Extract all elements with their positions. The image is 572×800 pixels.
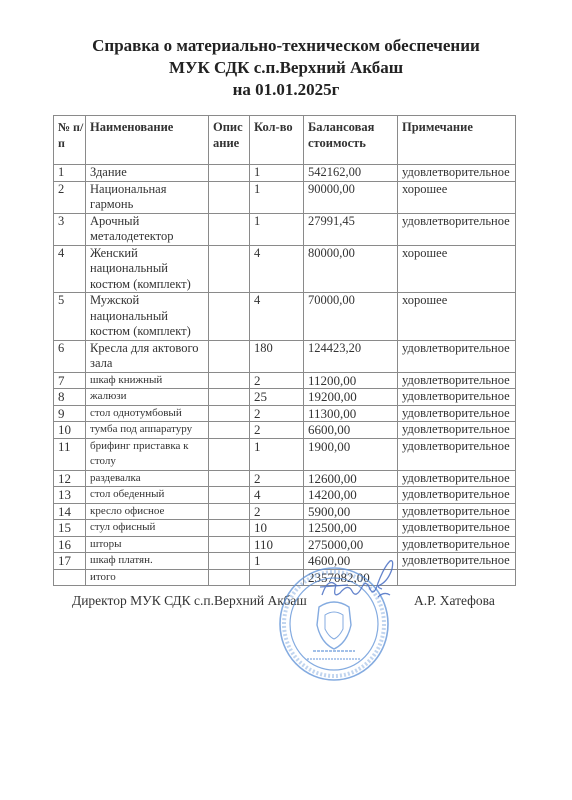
table-header-row: № п/п Наименование Описание Кол-во Балан… <box>54 116 516 165</box>
cell-note: удовлетворительное <box>398 536 516 553</box>
cell-desc <box>209 487 250 504</box>
cell-qty: 180 <box>250 340 304 372</box>
cell-desc <box>209 165 250 182</box>
header-desc: Описание <box>209 116 250 165</box>
cell-num: 12 <box>54 470 86 487</box>
cell-num: 9 <box>54 405 86 422</box>
cell-cost: 90000,00 <box>304 181 398 213</box>
cell-note: удовлетворительное <box>398 553 516 570</box>
total-num <box>54 569 86 586</box>
signature <box>318 555 398 615</box>
cell-note: удовлетворительное <box>398 470 516 487</box>
cell-qty: 2 <box>250 405 304 422</box>
header-name: Наименование <box>86 116 209 165</box>
cell-qty: 1 <box>250 181 304 213</box>
cell-qty: 25 <box>250 389 304 406</box>
cell-num: 17 <box>54 553 86 570</box>
cell-cost: 27991,45 <box>304 213 398 245</box>
cell-num: 4 <box>54 245 86 293</box>
cell-desc <box>209 405 250 422</box>
header-note: Примечание <box>398 116 516 165</box>
cell-note: хорошее <box>398 245 516 293</box>
cell-name: раздевалка <box>86 470 209 487</box>
cell-qty: 1 <box>250 165 304 182</box>
table-row: 10тумба под аппаратуру26600,00удовлетвор… <box>54 422 516 439</box>
cell-num: 10 <box>54 422 86 439</box>
cell-desc <box>209 503 250 520</box>
table-row: 9стол однотумбовый211300,00удовлетворите… <box>54 405 516 422</box>
cell-cost: 124423,20 <box>304 340 398 372</box>
cell-cost: 1900,00 <box>304 438 398 470</box>
cell-note: удовлетворительное <box>398 503 516 520</box>
cell-qty: 10 <box>250 520 304 537</box>
cell-cost: 14200,00 <box>304 487 398 504</box>
director-name: А.Р. Хатефова <box>414 593 495 609</box>
total-name: итого <box>86 569 209 586</box>
cell-num: 6 <box>54 340 86 372</box>
cell-name: шкаф платян. <box>86 553 209 570</box>
table-row: 6Кресла для актового зала180124423,20удо… <box>54 340 516 372</box>
table-row: 16шторы110275000,00удовлетворительное <box>54 536 516 553</box>
cell-num: 11 <box>54 438 86 470</box>
cell-note: удовлетворительное <box>398 389 516 406</box>
cell-num: 16 <box>54 536 86 553</box>
cell-name: жалюзи <box>86 389 209 406</box>
cell-num: 5 <box>54 293 86 341</box>
cell-cost: 275000,00 <box>304 536 398 553</box>
cell-desc <box>209 181 250 213</box>
cell-desc <box>209 520 250 537</box>
cell-name: Арочный металодетектор <box>86 213 209 245</box>
cell-cost: 12500,00 <box>304 520 398 537</box>
cell-qty: 2 <box>250 372 304 389</box>
cell-num: 15 <box>54 520 86 537</box>
cell-desc <box>209 245 250 293</box>
cell-note: удовлетворительное <box>398 372 516 389</box>
cell-name: брифинг приставка к столу <box>86 438 209 470</box>
cell-cost: 80000,00 <box>304 245 398 293</box>
cell-desc <box>209 422 250 439</box>
cell-desc <box>209 293 250 341</box>
cell-qty: 4 <box>250 245 304 293</box>
cell-desc <box>209 438 250 470</box>
cell-note: хорошее <box>398 293 516 341</box>
cell-qty: 2 <box>250 503 304 520</box>
cell-note: удовлетворительное <box>398 405 516 422</box>
cell-qty: 2 <box>250 422 304 439</box>
header-num: № п/п <box>54 116 86 165</box>
cell-desc <box>209 553 250 570</box>
table-row: 3Арочный металодетектор127991,45удовлетв… <box>54 213 516 245</box>
cell-num: 8 <box>54 389 86 406</box>
cell-qty: 110 <box>250 536 304 553</box>
document-title-date: на 01.01.2025г <box>0 79 572 101</box>
director-position: Директор МУК СДК с.п.Верхний Акбаш <box>72 593 307 609</box>
cell-num: 1 <box>54 165 86 182</box>
cell-name: тумба под аппаратуру <box>86 422 209 439</box>
cell-note: удовлетворительное <box>398 340 516 372</box>
cell-name: кресло офисное <box>86 503 209 520</box>
inventory-table: № п/п Наименование Описание Кол-во Балан… <box>53 115 516 586</box>
cell-cost: 542162,00 <box>304 165 398 182</box>
cell-name: стул офисный <box>86 520 209 537</box>
total-desc <box>209 569 250 586</box>
document-title-line-2: МУК СДК с.п.Верхний Акбаш <box>0 57 572 79</box>
total-note <box>398 569 516 586</box>
table-row: 15стул офисный1012500,00удовлетворительн… <box>54 520 516 537</box>
cell-cost: 5900,00 <box>304 503 398 520</box>
table-row: 12раздевалка212600,00удовлетворительное <box>54 470 516 487</box>
cell-desc <box>209 470 250 487</box>
cell-name: шкаф книжный <box>86 372 209 389</box>
header-qty: Кол-во <box>250 116 304 165</box>
cell-cost: 6600,00 <box>304 422 398 439</box>
cell-note: хорошее <box>398 181 516 213</box>
cell-qty: 2 <box>250 470 304 487</box>
table-row: 2Национальная гармонь190000,00хорошее <box>54 181 516 213</box>
cell-num: 7 <box>54 372 86 389</box>
cell-note: удовлетворительное <box>398 487 516 504</box>
cell-desc <box>209 213 250 245</box>
header-cost: Балансовая стоимость <box>304 116 398 165</box>
cell-cost: 19200,00 <box>304 389 398 406</box>
table-row: 5Мужской национальный костюм (комплект)4… <box>54 293 516 341</box>
cell-desc <box>209 372 250 389</box>
table-row: 11брифинг приставка к столу11900,00удовл… <box>54 438 516 470</box>
cell-name: стол однотумбовый <box>86 405 209 422</box>
cell-name: Кресла для актового зала <box>86 340 209 372</box>
cell-qty: 1 <box>250 213 304 245</box>
cell-cost: 70000,00 <box>304 293 398 341</box>
table-row: 4Женский национальный костюм (комплект)4… <box>54 245 516 293</box>
cell-num: 2 <box>54 181 86 213</box>
document-title-line-1: Справка о материально-техническом обеспе… <box>0 35 572 57</box>
cell-name: Мужской национальный костюм (комплект) <box>86 293 209 341</box>
table-row: 7шкаф книжный211200,00удовлетворительное <box>54 372 516 389</box>
cell-note: удовлетворительное <box>398 520 516 537</box>
cell-name: стол обеденный <box>86 487 209 504</box>
cell-name: Национальная гармонь <box>86 181 209 213</box>
cell-note: удовлетворительное <box>398 213 516 245</box>
table-row: 13стол обеденный414200,00удовлетворитель… <box>54 487 516 504</box>
table-row: 8жалюзи2519200,00удовлетворительное <box>54 389 516 406</box>
cell-name: Женский национальный костюм (комплект) <box>86 245 209 293</box>
cell-num: 13 <box>54 487 86 504</box>
cell-desc <box>209 340 250 372</box>
cell-desc <box>209 536 250 553</box>
table-row: 14кресло офисное25900,00удовлетворительн… <box>54 503 516 520</box>
cell-cost: 11200,00 <box>304 372 398 389</box>
cell-cost: 12600,00 <box>304 470 398 487</box>
cell-name: Здание <box>86 165 209 182</box>
cell-num: 14 <box>54 503 86 520</box>
cell-name: шторы <box>86 536 209 553</box>
cell-qty: 1 <box>250 438 304 470</box>
cell-num: 3 <box>54 213 86 245</box>
cell-qty: 4 <box>250 293 304 341</box>
cell-cost: 11300,00 <box>304 405 398 422</box>
cell-note: удовлетворительное <box>398 422 516 439</box>
cell-note: удовлетворительное <box>398 438 516 470</box>
table-row: 1Здание1542162,00удовлетворительное <box>54 165 516 182</box>
cell-qty: 4 <box>250 487 304 504</box>
cell-desc <box>209 389 250 406</box>
cell-note: удовлетворительное <box>398 165 516 182</box>
